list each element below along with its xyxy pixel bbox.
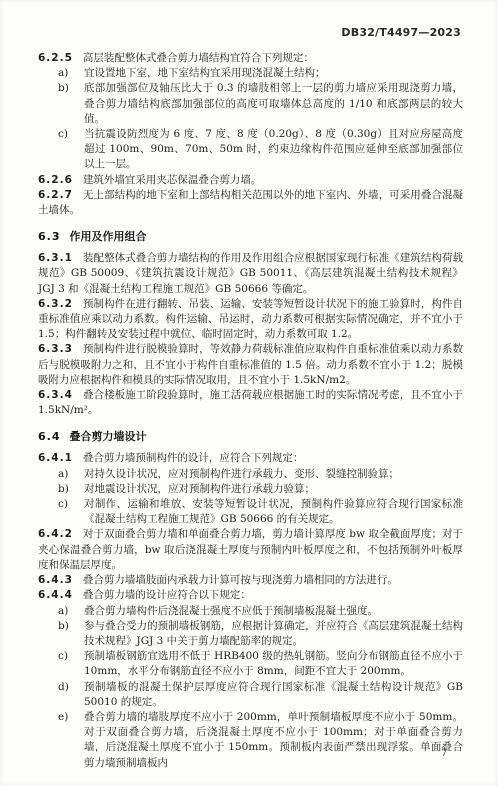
- list-item: a)对持久设计状况，应对预制构件进行承载力、变形、裂缝控制验算；: [38, 467, 463, 482]
- section-number: 6.3: [38, 230, 61, 243]
- list-item-letter: b): [58, 81, 84, 96]
- clause-number: 6.2.7: [38, 189, 73, 201]
- list-item-letter: c): [58, 497, 84, 512]
- page-content: 6.2.5高层装配整体式叠合剪力墙结构宜符合下列规定： a)宜设置地下室，地下室…: [38, 51, 463, 771]
- list-item: c)当抗震设防烈度为 6 度、7 度、8 度（0.20g）、8 度（0.30g）…: [38, 127, 463, 173]
- clause-6-2-7: 6.2.7无上部结构的地下室和上部结构相关范围以外的地下室内、外墙，可采用叠合混…: [38, 188, 463, 218]
- list-item-letter: c): [58, 649, 84, 664]
- list-item: c)预制墙板钢筋宜选用不低于 HRB400 级的热轧钢筋。竖向分布钢筋直径不应小…: [38, 649, 463, 679]
- list-item-letter: b): [58, 482, 84, 497]
- section-heading-6-4: 6.4叠合剪力墙设计: [38, 429, 463, 444]
- clause-text: 叠合剪力墙墙肢面内承载力计算可按与现浇剪力墙相同的方法进行。: [83, 574, 398, 586]
- clause-number: 6.3.2: [38, 298, 73, 310]
- list-item-text: 预制墙板钢筋宜选用不低于 HRB400 级的热轧钢筋。竖向分布钢筋直径不应小于 …: [84, 649, 463, 679]
- clause-6-3-3: 6.3.3预制构件进行脱模验算时，等效静力荷载标准值应取构件自重标准值乘以动力系…: [38, 342, 463, 388]
- list-item: a)叠合剪力墙构件后浇混凝土强度不应低于预制墙板混凝土强度。: [38, 604, 463, 619]
- list-item: e)叠合剪力墙的墙肢厚度不应小于 200mm，单叶预制墙板厚度不应小于 50mm…: [38, 710, 463, 771]
- list-item: d)预制墙板的混凝土保护层厚度应符合现行国家标准《混凝土结构设计规范》GB 50…: [38, 680, 463, 710]
- clause-6-4-1: 6.4.1叠合剪力墙预制构件的设计，应符合下列规定：: [38, 451, 463, 466]
- clause-number: 6.4.2: [38, 528, 73, 540]
- list-item-letter: b): [58, 619, 84, 634]
- list-item-letter: e): [58, 710, 84, 725]
- list-item: b)底部加强部位及轴压比大于 0.3 的墙肢相邻上一层的剪力墙应采用现浇剪力墙，…: [38, 81, 463, 127]
- clause-number: 6.2.6: [38, 174, 73, 186]
- list-item-text: 宜设置地下室，地下室结构宜采用现浇混凝土结构；: [84, 66, 463, 81]
- clause-number: 6.3.1: [38, 252, 73, 264]
- clause-number: 6.4.3: [38, 574, 73, 586]
- list-item-text: 叠合剪力墙构件后浇混凝土强度不应低于预制墙板混凝土强度。: [84, 604, 463, 619]
- list-item-letter: c): [58, 127, 84, 142]
- clause-6-2-5: 6.2.5高层装配整体式叠合剪力墙结构宜符合下列规定：: [38, 51, 463, 66]
- section-title: 叠合剪力墙设计: [70, 430, 147, 443]
- list-item-text: 当抗震设防烈度为 6 度、7 度、8 度（0.20g）、8 度（0.30g）且对…: [84, 127, 463, 173]
- standard-code-header: DB32/T4497—2023: [341, 26, 461, 39]
- clause-text: 叠合楼板施工阶段验算时，施工活荷载应根据施工时的实际情况考虑，且不宜小于 1.5…: [38, 389, 463, 416]
- list-item-text: 预制墙板的混凝土保护层厚度应符合现行国家标准《混凝土结构设计规范》GB 5001…: [84, 680, 463, 710]
- clause-text: 无上部结构的地下室和上部结构相关范围以外的地下室内、外墙，可采用叠合混凝土墙体。: [38, 189, 463, 216]
- list-item: b)参与叠合受力的预制墙板钢筋，应根据计算确定，并应符合《高层建筑混凝土结构技术…: [38, 619, 463, 649]
- clause-6-4-4: 6.4.4叠合剪力墙的设计应符合以下规定：: [38, 588, 463, 603]
- clause-text: 叠合剪力墙的设计应符合以下规定：: [83, 589, 251, 601]
- list-item-letter: a): [58, 604, 84, 619]
- clause-text: 预制构件在进行翻转、吊装、运输、安装等短暂设计状况下的施工验算时，构件自重标准值…: [38, 298, 463, 340]
- list-item-text: 对制作、运输和堆放、安装等短暂设计状况，预制构件验算应符合现行国家标准《混凝土结…: [84, 497, 463, 527]
- list-item-text: 参与叠合受力的预制墙板钢筋，应根据计算确定，并应符合《高层建筑混凝土结构技术规程…: [84, 619, 463, 649]
- list-item: c)对制作、运输和堆放、安装等短暂设计状况，预制构件验算应符合现行国家标准《混凝…: [38, 497, 463, 527]
- clause-number: 6.4.4: [38, 589, 73, 601]
- section-title: 作用及作用组合: [70, 230, 147, 243]
- section-heading-6-3: 6.3作用及作用组合: [38, 229, 463, 244]
- clause-6-3-4: 6.3.4叠合楼板施工阶段验算时，施工活荷载应根据施工时的实际情况考虑，且不宜小…: [38, 388, 463, 418]
- document-page: DB32/T4497—2023 6.2.5高层装配整体式叠合剪力墙结构宜符合下列…: [0, 0, 498, 786]
- list-item-letter: a): [58, 66, 84, 81]
- clause-number: 6.3.3: [38, 343, 73, 355]
- clause-text: 装配整体式叠合剪力墙结构的作用及作用组合应根据国家现行标准《建筑结构荷载规范》G…: [38, 252, 463, 294]
- clause-6-3-2: 6.3.2预制构件在进行翻转、吊装、运输、安装等短暂设计状况下的施工验算时，构件…: [38, 297, 463, 343]
- list-item-text: 对地震设计状况，应对预制构件进行承载力验算；: [84, 482, 463, 497]
- list-item-text: 叠合剪力墙的墙肢厚度不应小于 200mm，单叶预制墙板厚度不应小于 50mm。对…: [84, 710, 463, 771]
- list-item-text: 底部加强部位及轴压比大于 0.3 的墙肢相邻上一层的剪力墙应采用现浇剪力墙，叠合…: [84, 81, 463, 127]
- clause-text: 预制构件进行脱模验算时，等效静力荷载标准值应取构件自重标准值乘以动力系数后与脱模…: [38, 343, 463, 385]
- clause-text: 建筑外墙宜采用夹芯保温叠合剪力墙。: [83, 174, 262, 186]
- section-number: 6.4: [38, 430, 61, 443]
- list-item-text: 对持久设计状况，应对预制构件进行承载力、变形、裂缝控制验算；: [84, 467, 463, 482]
- clause-6-2-6: 6.2.6建筑外墙宜采用夹芯保温叠合剪力墙。: [38, 173, 463, 188]
- page-number: 7: [441, 748, 447, 759]
- clause-number: 6.3.4: [38, 389, 73, 401]
- list-item: b)对地震设计状况，应对预制构件进行承载力验算；: [38, 482, 463, 497]
- list-item-letter: a): [58, 467, 84, 482]
- clause-6-4-2: 6.4.2对于双面叠合剪力墙和单面叠合剪力墙，剪力墙计算厚度 bw 取全截面厚度…: [38, 527, 463, 573]
- clause-6-3-1: 6.3.1装配整体式叠合剪力墙结构的作用及作用组合应根据国家现行标准《建筑结构荷…: [38, 251, 463, 297]
- clause-number: 6.4.1: [38, 452, 73, 464]
- clause-text: 对于双面叠合剪力墙和单面叠合剪力墙，剪力墙计算厚度 bw 取全截面厚度；对于夹心…: [38, 528, 463, 570]
- clause-number: 6.2.5: [38, 52, 73, 64]
- list-item: a)宜设置地下室，地下室结构宜采用现浇混凝土结构；: [38, 66, 463, 81]
- clause-text: 叠合剪力墙预制构件的设计，应符合下列规定：: [83, 452, 304, 464]
- clause-text: 高层装配整体式叠合剪力墙结构宜符合下列规定：: [83, 52, 314, 64]
- clause-6-4-3: 6.4.3叠合剪力墙墙肢面内承载力计算可按与现浇剪力墙相同的方法进行。: [38, 573, 463, 588]
- list-item-letter: d): [58, 680, 84, 695]
